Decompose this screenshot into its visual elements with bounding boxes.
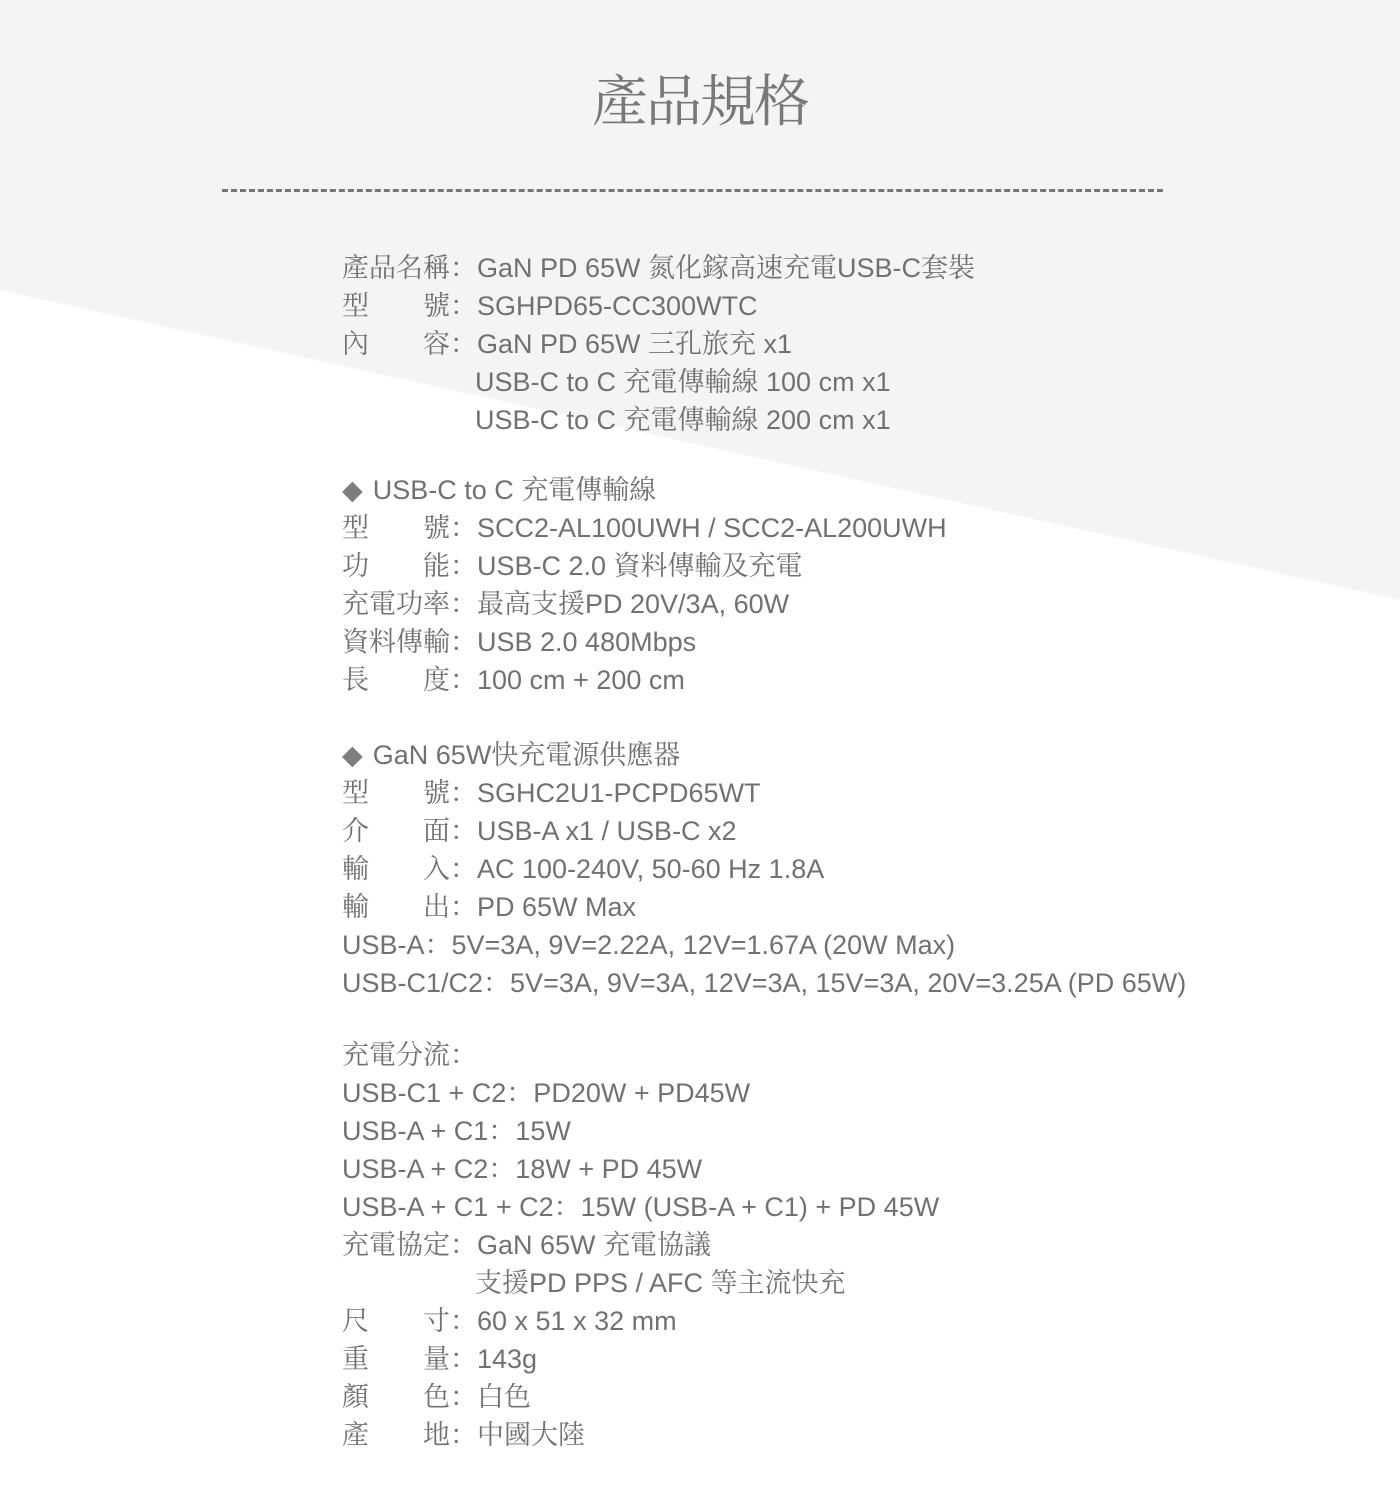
row-label: 內 容 <box>342 329 450 359</box>
row-label: 產 地 <box>342 1420 450 1450</box>
diamond-bullet-icon: ◆ <box>342 736 363 774</box>
row-value: 最高支援PD 20V/3A, 60W <box>477 589 789 619</box>
label-colon: ： <box>450 1306 477 1336</box>
label-colon: ： <box>450 854 477 884</box>
label-colon: ： <box>450 1420 477 1450</box>
spec-row: 顏 色：白色 <box>342 1378 1340 1416</box>
spec-row: 充電功率：最高支援PD 20V/3A, 60W <box>342 585 1340 623</box>
row-label: 功 能 <box>342 551 450 581</box>
label-colon: ： <box>450 513 477 543</box>
section-heading-label: USB-C to C 充電傳輸線 <box>373 475 657 505</box>
usb-a-output-line: USB-A：5V=3A, 9V=2.22A, 12V=1.67A (20W Ma… <box>342 926 1340 964</box>
row-value: USB-A x1 / USB-C x2 <box>477 816 737 846</box>
row-value: 白色 <box>477 1382 531 1412</box>
row-label: 顏 色 <box>342 1382 450 1412</box>
label-colon: ： <box>450 329 477 359</box>
spec-row: 重 量：143g <box>342 1340 1340 1378</box>
spec-row: 長 度：100 cm + 200 cm <box>342 661 1340 699</box>
label-colon: ： <box>450 665 477 695</box>
row-label: 輸 入 <box>342 854 450 884</box>
cable-spec-section: ◆USB-C to C 充電傳輸線 型 號：SCC2-AL100UWH / SC… <box>342 471 1340 699</box>
section-heading: ◆USB-C to C 充電傳輸線 <box>342 471 1340 509</box>
row-label: 產品名稱 <box>342 253 450 283</box>
split-line: USB-A + C1 + C2：15W (USB-A + C1) + PD 45… <box>342 1188 1340 1226</box>
label-colon: ： <box>450 589 477 619</box>
spec-row: 資料傳輸：USB 2.0 480Mbps <box>342 623 1340 661</box>
usb-c-output-line: USB-C1/C2：5V=3A, 9V=3A, 12V=3A, 15V=3A, … <box>342 964 1340 1002</box>
spec-continuation-line: USB-C to C 充電傳輸線 100 cm x1 <box>342 363 1340 401</box>
label-colon: ： <box>450 253 477 283</box>
row-label: 型 號 <box>342 778 450 808</box>
split-line: USB-A + C2：18W + PD 45W <box>342 1150 1340 1188</box>
row-label: 長 度 <box>342 665 450 695</box>
row-value: SCC2-AL100UWH / SCC2-AL200UWH <box>477 513 947 543</box>
split-line: USB-A + C1：15W <box>342 1112 1340 1150</box>
spec-row: 功 能：USB-C 2.0 資料傳輸及充電 <box>342 547 1340 585</box>
spec-row: 尺 寸：60 x 51 x 32 mm <box>342 1302 1340 1340</box>
product-summary-section: 產品名稱：GaN PD 65W 氮化鎵高速充電USB-C套裝 型 號：SGHPD… <box>342 249 1340 439</box>
spec-row: 充電協定：GaN 65W 充電協議 <box>342 1226 1340 1264</box>
row-value: 100 cm + 200 cm <box>477 665 685 695</box>
product-spec-page: 產品規格 產品名稱：GaN PD 65W 氮化鎵高速充電USB-C套裝 型 號：… <box>0 0 1400 1500</box>
row-value: GaN PD 65W 三孔旅充 x1 <box>477 329 792 359</box>
row-value: PD 65W Max <box>477 892 636 922</box>
row-value: AC 100-240V, 50-60 Hz 1.8A <box>477 854 824 884</box>
label-colon: ： <box>450 892 477 922</box>
row-label: 重 量 <box>342 1344 450 1374</box>
spec-row: 產品名稱：GaN PD 65W 氮化鎵高速充電USB-C套裝 <box>342 249 1340 287</box>
row-value: 60 x 51 x 32 mm <box>477 1306 677 1336</box>
row-value: GaN PD 65W 氮化鎵高速充電USB-C套裝 <box>477 253 975 283</box>
label-colon: ： <box>450 1382 477 1412</box>
spec-row: 型 號：SGHC2U1-PCPD65WT <box>342 774 1340 812</box>
label-colon: ： <box>450 291 477 321</box>
spec-row: 型 號：SGHPD65-CC300WTC <box>342 287 1340 325</box>
spec-row: 介 面：USB-A x1 / USB-C x2 <box>342 812 1340 850</box>
row-label: 尺 寸 <box>342 1306 450 1336</box>
row-value: SGHC2U1-PCPD65WT <box>477 778 761 808</box>
row-label: 輸 出 <box>342 892 450 922</box>
diamond-bullet-icon: ◆ <box>342 471 363 509</box>
label-colon: ： <box>450 816 477 846</box>
label-colon: ： <box>450 1230 477 1260</box>
spec-row: 輸 入：AC 100-240V, 50-60 Hz 1.8A <box>342 850 1340 888</box>
section-heading-label: GaN 65W快充電源供應器 <box>373 740 681 770</box>
section-heading: ◆GaN 65W快充電源供應器 <box>342 736 1340 774</box>
dashed-divider <box>222 189 1163 192</box>
spec-continuation-line: USB-C to C 充電傳輸線 200 cm x1 <box>342 401 1340 439</box>
spec-row: 產 地：中國大陸 <box>342 1416 1340 1454</box>
spec-row: 型 號：SCC2-AL100UWH / SCC2-AL200UWH <box>342 509 1340 547</box>
row-value: USB-C 2.0 資料傳輸及充電 <box>477 551 803 581</box>
label-colon: ： <box>450 1344 477 1374</box>
label-colon: ： <box>450 778 477 808</box>
split-line: USB-C1 + C2：PD20W + PD45W <box>342 1074 1340 1112</box>
spec-content: 產品名稱：GaN PD 65W 氮化鎵高速充電USB-C套裝 型 號：SGHPD… <box>342 249 1340 1454</box>
row-label: 充電功率 <box>342 589 450 619</box>
row-label: 資料傳輸 <box>342 627 450 657</box>
row-label: 型 號 <box>342 513 450 543</box>
split-heading: 充電分流： <box>342 1036 1340 1074</box>
row-value: SGHPD65-CC300WTC <box>477 291 758 321</box>
row-label: 充電協定 <box>342 1230 450 1260</box>
spec-row: 內 容：GaN PD 65W 三孔旅充 x1 <box>342 325 1340 363</box>
label-colon: ： <box>450 627 477 657</box>
row-label: 介 面 <box>342 816 450 846</box>
charger-spec-section: ◆GaN 65W快充電源供應器 型 號：SGHC2U1-PCPD65WT 介 面… <box>342 736 1340 1002</box>
spec-row: 輸 出：PD 65W Max <box>342 888 1340 926</box>
label-colon: ： <box>450 551 477 581</box>
row-value: 143g <box>477 1344 537 1374</box>
row-value: GaN 65W 充電協議 <box>477 1230 711 1260</box>
row-value: 中國大陸 <box>477 1420 585 1450</box>
row-label: 型 號 <box>342 291 450 321</box>
page-title: 產品規格 <box>0 0 1400 130</box>
spec-continuation-line: 支援PD PPS / AFC 等主流快充 <box>342 1264 1340 1302</box>
row-value: USB 2.0 480Mbps <box>477 627 696 657</box>
power-split-section: 充電分流： USB-C1 + C2：PD20W + PD45W USB-A + … <box>342 1036 1340 1454</box>
